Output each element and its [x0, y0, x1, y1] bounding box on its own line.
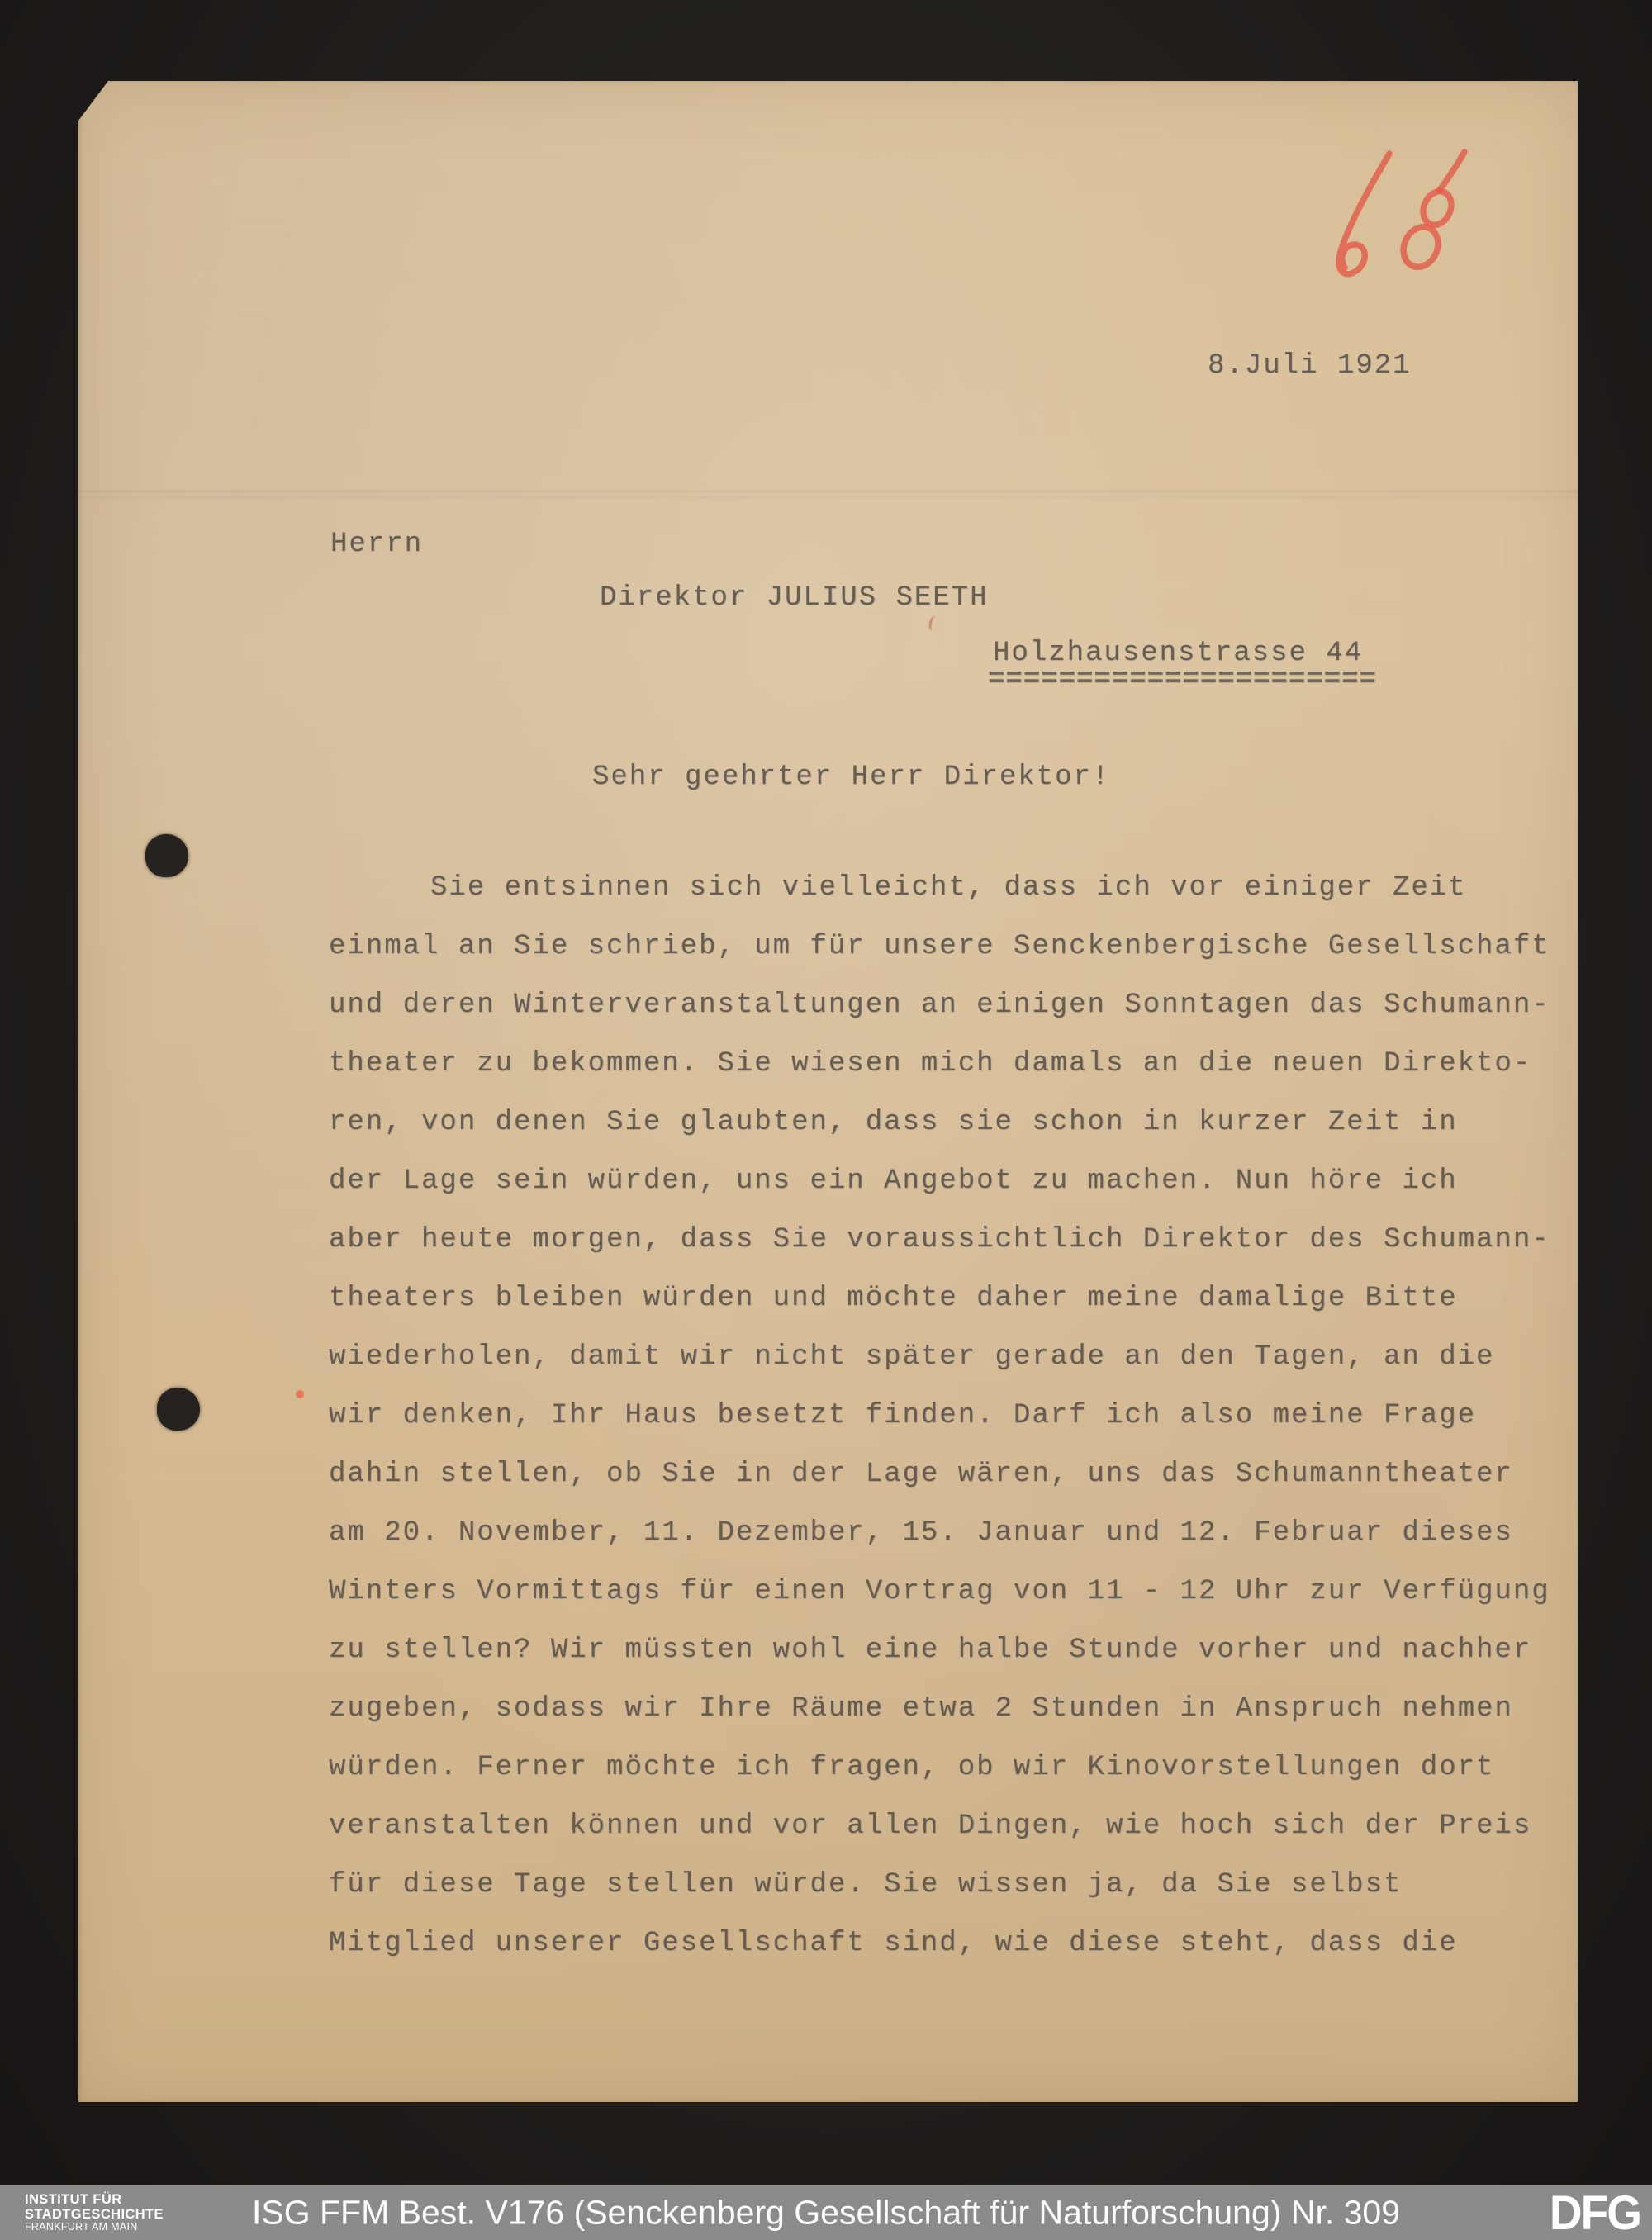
body-line: veranstalten können und vor allen Dingen… [329, 1797, 1550, 1856]
recipient-salutation-word: Herrn [330, 529, 423, 560]
body-line: theaters bleiben würden und möchte daher… [329, 1269, 1550, 1328]
institute-logo: INSTITUT FÜR STADTGESCHICHTE FRANKFURT A… [25, 2192, 164, 2233]
body-line: der Lage sein würden, uns ein Angebot zu… [329, 1152, 1550, 1211]
body-line: aber heute morgen, dass Sie voraussichtl… [329, 1211, 1550, 1269]
recipient-name: Direktor JULIUS SEETH [600, 582, 988, 614]
institute-name-line2: STADTGESCHICHTE [25, 2207, 164, 2222]
letter-body: Sie entsinnen sich vielleicht, dass ich … [329, 859, 1550, 1973]
institute-name-line1: INSTITUT FÜR [25, 2192, 164, 2207]
red-pencil-68-icon [1313, 149, 1487, 301]
fold-crease-faint [78, 496, 1578, 498]
punch-hole-top [145, 834, 188, 877]
letter-salutation: Sehr geehrter Herr Direktor! [592, 762, 1110, 793]
recipient-underline: ====================== [988, 664, 1377, 695]
body-line: dahin stellen, ob Sie in der Lage wären,… [329, 1445, 1550, 1504]
archive-reference: ISG FFM Best. V176 (Senckenberg Gesellsc… [252, 2194, 1400, 2233]
body-line: Sie entsinnen sich vielleicht, dass ich … [329, 859, 1550, 918]
body-line: zugeben, sodass wir Ihre Räume etwa 2 St… [329, 1680, 1550, 1739]
dfg-logo-icon: DFG [1550, 2185, 1640, 2240]
body-line: wir denken, Ihr Haus besetzt finden. Dar… [329, 1387, 1550, 1445]
red-pencil-dot [296, 1390, 304, 1398]
punch-hole-bottom [157, 1388, 200, 1431]
body-line: einmal an Sie schrieb, um für unsere Sen… [329, 918, 1550, 976]
fold-crease [78, 491, 1578, 492]
body-line: Mitglied unserer Gesellschaft sind, wie … [329, 1915, 1550, 1973]
institute-city: FRANKFURT AM MAIN [25, 2222, 164, 2233]
scanned-letter-page: { "page": { "archive_number_red": "68", … [0, 0, 1652, 2240]
archive-number-red-pencil [1313, 149, 1487, 301]
body-line: zu stellen? Wir müssten wohl eine halbe … [329, 1621, 1550, 1680]
archive-footer-bar: INSTITUT FÜR STADTGESCHICHTE FRANKFURT A… [0, 2185, 1652, 2240]
letter-paper: 8.Juli 1921 Herrn Direktor JULIUS SEETH … [78, 81, 1578, 2102]
body-line: würden. Ferner möchte ich fragen, ob wir… [329, 1739, 1550, 1797]
body-line: und deren Winterveranstaltungen an einig… [329, 976, 1550, 1035]
red-pencil-mark [928, 615, 940, 632]
body-line: theater zu bekommen. Sie wiesen mich dam… [329, 1035, 1550, 1094]
body-line: ren, von denen Sie glaubten, dass sie sc… [329, 1094, 1550, 1152]
letter-date: 8.Juli 1921 [1208, 350, 1411, 382]
body-line: wiederholen, damit wir nicht später gera… [329, 1328, 1550, 1387]
body-line: für diese Tage stellen würde. Sie wissen… [329, 1856, 1550, 1915]
body-line: Winters Vormittags für einen Vortrag von… [329, 1563, 1550, 1621]
body-line: am 20. November, 11. Dezember, 15. Janua… [329, 1504, 1550, 1563]
